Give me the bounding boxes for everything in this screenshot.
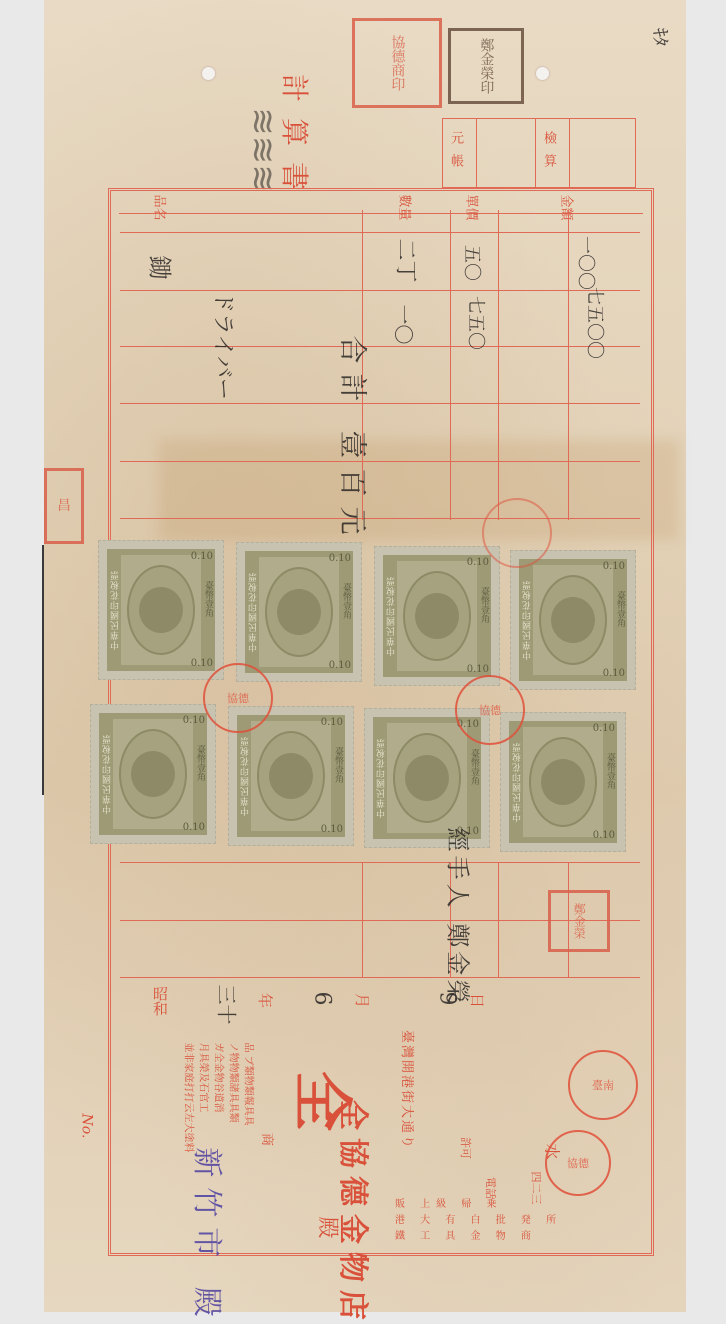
- handwritten-scribble: ≋≋≋: [243, 107, 283, 192]
- row-1-unit-price: 五〇: [460, 245, 486, 281]
- punch-hole-right: [536, 67, 549, 80]
- signature-seal: 鄭金榮: [548, 890, 610, 952]
- portrait: [405, 755, 449, 801]
- side-seal: 昌: [44, 468, 84, 544]
- closing-honorific: 殿: [314, 1216, 345, 1238]
- merchant-label: 商: [259, 1133, 278, 1146]
- shop-address: 臺灣開港街大通り: [399, 1030, 418, 1150]
- row-1-amount: 一〇〇: [574, 236, 600, 290]
- punch-hole-left: [202, 67, 215, 80]
- day-value: 9: [435, 992, 460, 1006]
- row-2-unit-price: 七五〇: [464, 296, 490, 350]
- revenue-stamp: 中華民國印花稅票0.100.10臺幣壹角: [374, 546, 500, 686]
- addressee-handwritten: 新竹市 殿: [188, 1147, 232, 1324]
- portrait: [551, 597, 595, 643]
- portrait: [415, 593, 459, 639]
- date-line: 昭和 三十 年 6 月 9 日: [150, 986, 620, 1016]
- portrait: [139, 587, 183, 633]
- cancel-mark-2: 協德: [455, 675, 525, 745]
- month-label: 月: [352, 993, 373, 1008]
- handler-signature: 經手人 鄭金榮: [442, 828, 477, 1008]
- revenue-stamp: 中華民國印花稅票0.100.10臺幣壹角: [90, 704, 216, 844]
- cancel-mark-3: [482, 498, 552, 568]
- row-3-item: 合計 壹百元: [334, 336, 374, 545]
- shop-seal-lower: 協德: [545, 1130, 611, 1196]
- cancel-mark-1: 協德: [203, 663, 273, 733]
- top-right-note: ｷﾀ: [648, 28, 674, 46]
- header-item-name: 品名: [152, 194, 171, 220]
- year-label: 年: [255, 993, 276, 1008]
- row-1-item: 鋤: [145, 256, 180, 280]
- top-dark-seal: 鄭金榮印: [448, 28, 524, 104]
- portrait: [131, 751, 175, 797]
- portrait: [277, 589, 321, 635]
- audit-box: 元帳 檢算: [442, 118, 636, 188]
- row-2-amount: 七五〇〇: [583, 287, 609, 359]
- day-label: 日: [467, 993, 488, 1008]
- row-1-quantity: 二丁: [392, 238, 423, 282]
- shop-name: 全協德金物店: [334, 1100, 378, 1324]
- header-unit-price: 單價: [464, 194, 483, 220]
- shop-seal-upper: 臺南: [568, 1050, 638, 1120]
- portrait: [541, 759, 585, 805]
- year-value: 三十: [214, 985, 243, 1025]
- fold-line: [42, 545, 44, 795]
- audit-cell-ledger: 元帳: [446, 131, 465, 177]
- row-2-item: ドライバー: [209, 291, 240, 400]
- revenue-stamp: 中華民國印花稅票0.100.10臺幣壹角: [510, 550, 636, 690]
- small-print: 販 上級 帰 乗 港 大 有 白 批 発 所 鐵 工 具 金 物 商: [395, 1195, 635, 1245]
- revenue-stamp: 中華民國印花稅票0.100.10臺幣壹角: [236, 542, 362, 682]
- top-red-seal: 協德商印: [352, 18, 442, 108]
- number-label: No.: [78, 1114, 94, 1139]
- row-2-quantity: 一〇: [391, 305, 420, 345]
- month-value: 6: [310, 992, 335, 1006]
- portrait: [269, 753, 313, 799]
- header-quantity: 數量: [397, 194, 416, 220]
- era-label: 昭和: [150, 986, 171, 1016]
- audit-cell-check: 檢算: [539, 131, 558, 177]
- revenue-stamp: 中華民國印花稅票0.100.10臺幣壹角: [500, 712, 626, 852]
- license-label: 許可: [458, 1137, 474, 1159]
- revenue-stamp: 中華民國印花稅票0.100.10臺幣壹角: [98, 540, 224, 680]
